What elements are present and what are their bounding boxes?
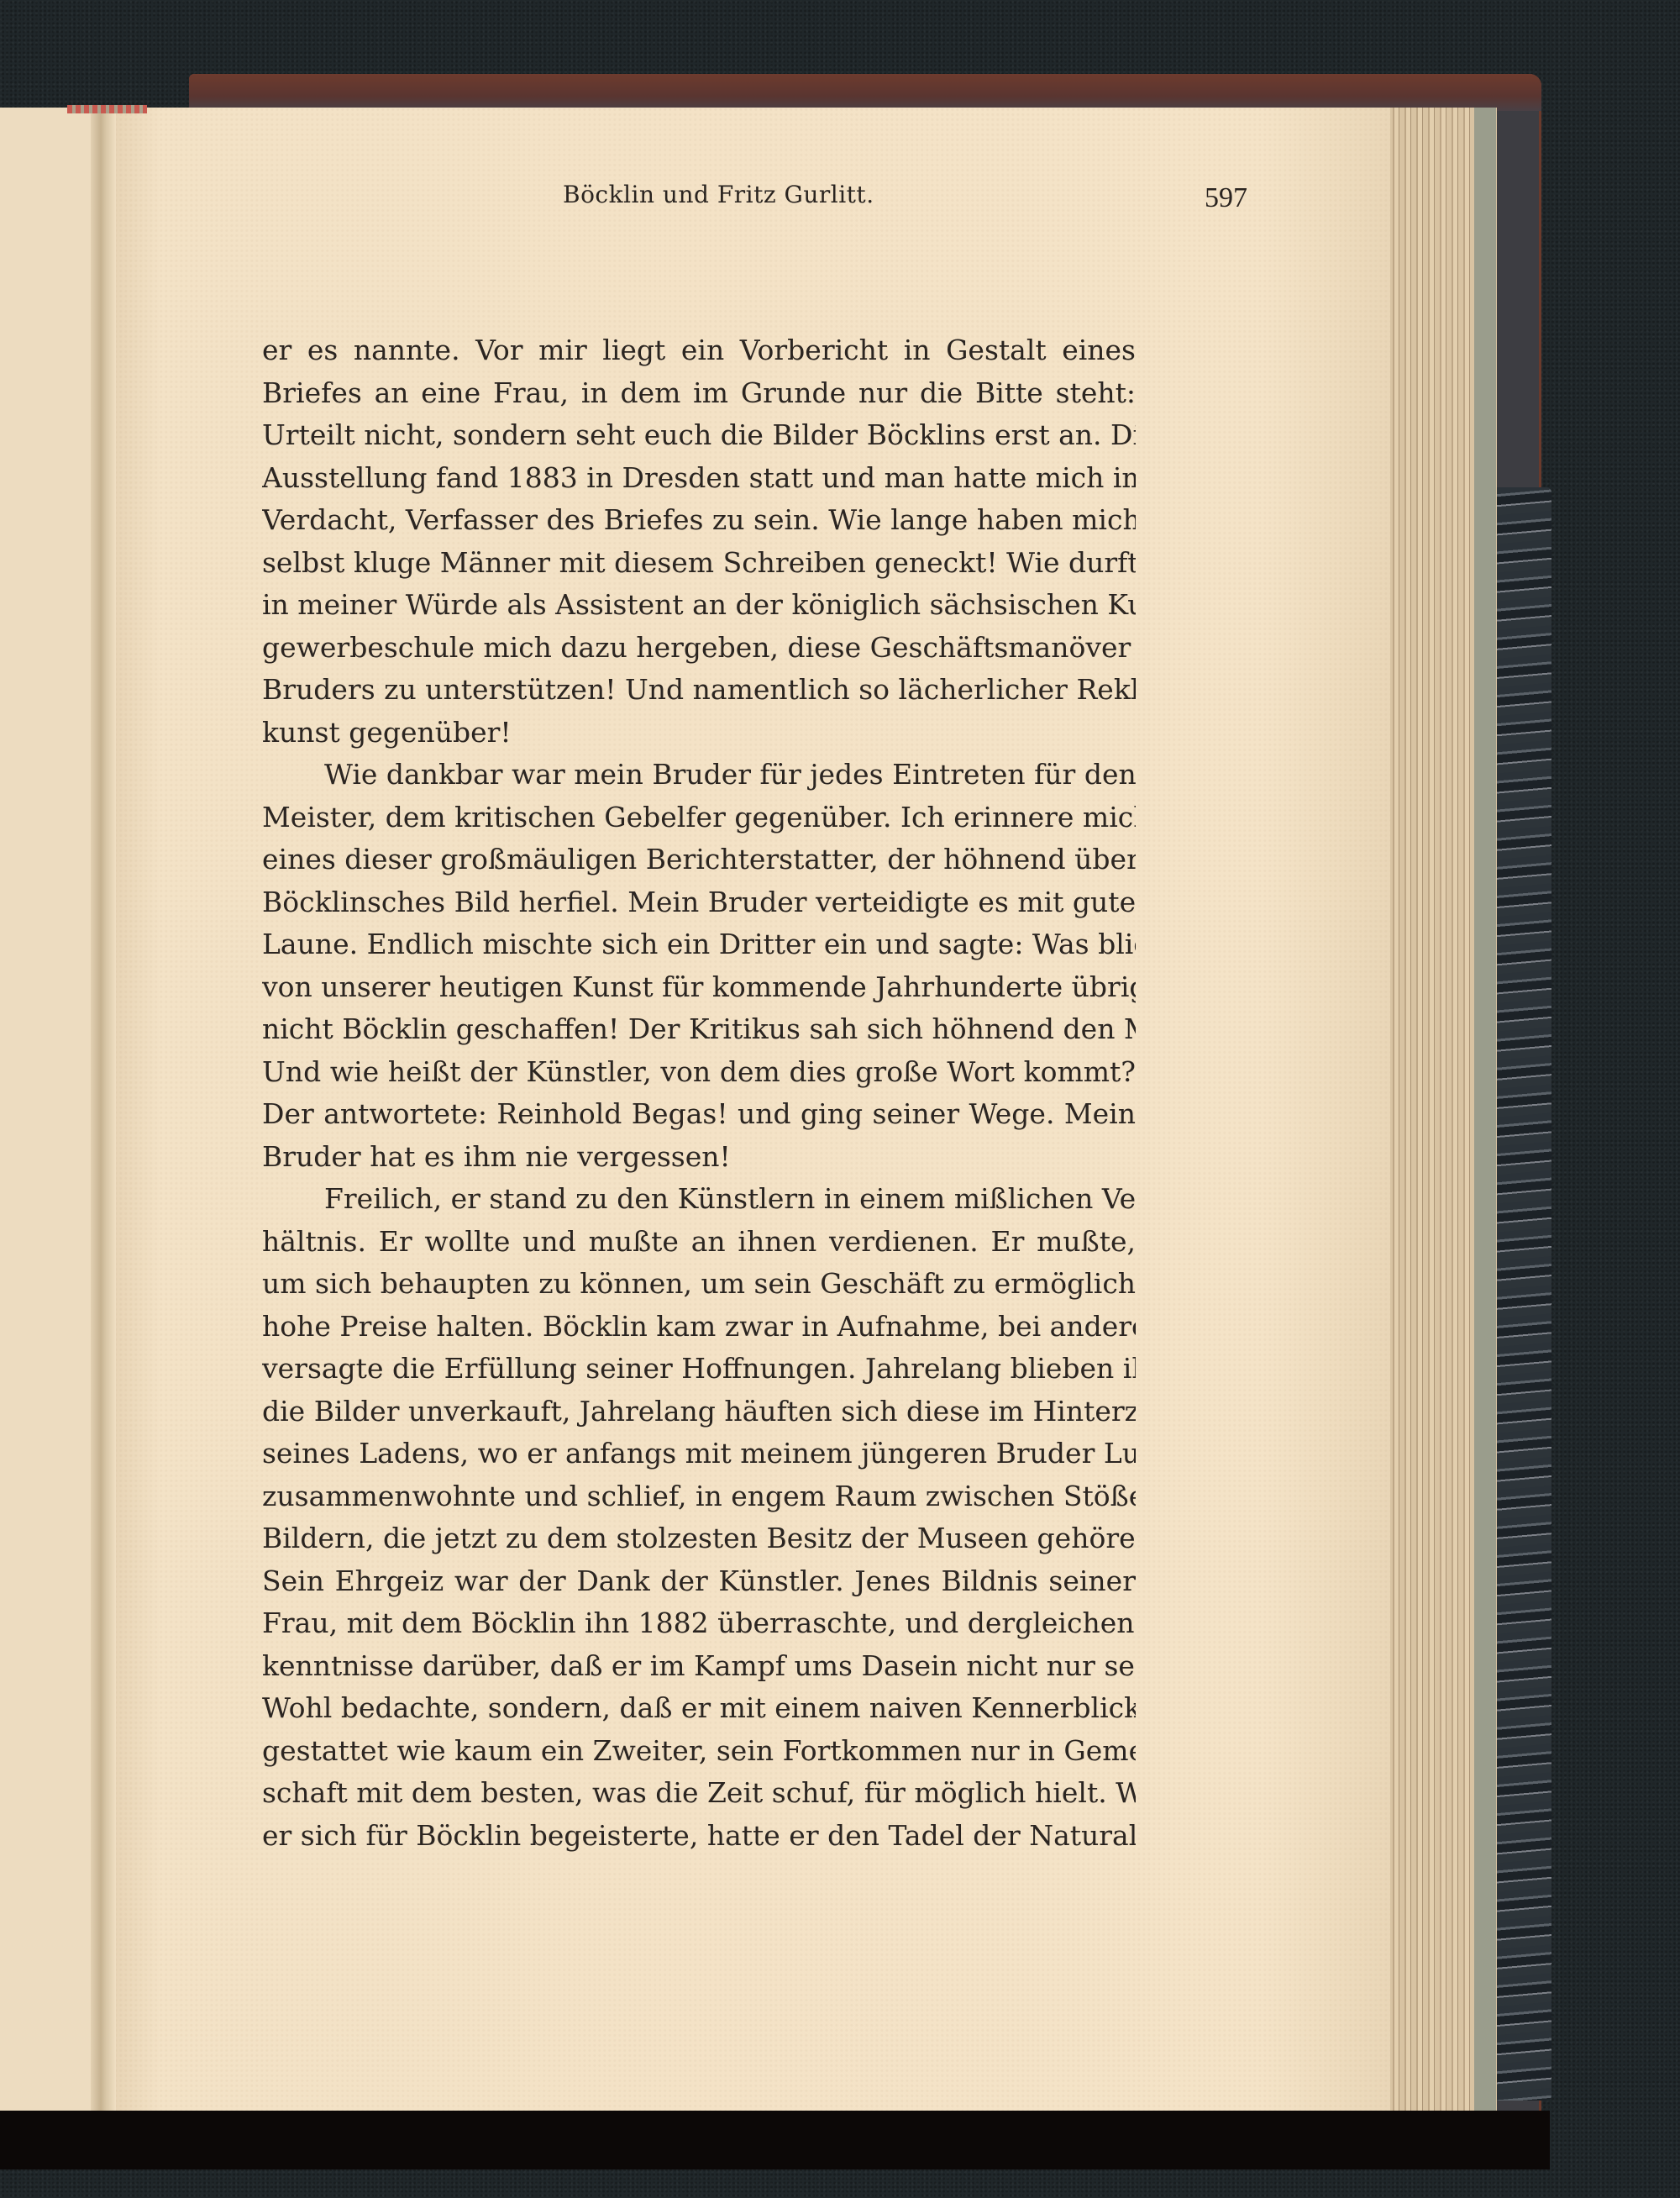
running-title: Böcklin und Fritz Gurlitt. [563,181,874,208]
text-line: Bruder hat es ihm nie vergessen! [262,1136,1136,1179]
text-line: versagte die Erfüllung seiner Hoffnungen… [262,1348,1136,1391]
text-line: Wohl bedachte, sondern, daß er mit einem… [262,1687,1136,1730]
text-line: in meiner Würde als Assistent an der kön… [262,584,1136,627]
text-line: die Bilder unverkauft, Jahrelang häuften… [262,1391,1136,1433]
text-line: zusammenwohnte und schlief, in engem Rau… [262,1475,1136,1518]
text-line: Böcklinsches Bild herfiel. Mein Bruder v… [262,881,1136,924]
text-line: kenntnisse darüber, daß er im Kampf ums … [262,1645,1136,1688]
text-line: Verdacht, Verfasser des Briefes zu sein.… [262,499,1136,542]
text-line: Wie dankbar war mein Bruder für jedes Ei… [262,754,1136,797]
text-line: nicht Böcklin geschaffen! Der Kritikus s… [262,1008,1136,1051]
text-line: schaft mit dem besten, was die Zeit schu… [262,1772,1136,1815]
text-line: Laune. Endlich mischte sich ein Dritter … [262,923,1136,966]
endpaper-edge [1474,108,1496,2114]
book-gutter [91,108,116,2111]
headband [67,105,147,113]
text-line: er sich für Böcklin begeisterte, hatte e… [262,1815,1136,1858]
cover-leather-edge [189,74,1541,111]
text-line: eines dieser großmäuligen Berichterstatt… [262,839,1136,881]
text-line: hohe Preise halten. Böcklin kam zwar in … [262,1306,1136,1349]
text-line: Meister, dem kritischen Gebelfer gegenüb… [262,797,1136,839]
running-head: Böcklin und Fritz Gurlitt. 597 [449,172,1247,223]
text-line: Bildern, die jetzt zu dem stolzesten Bes… [262,1517,1136,1560]
text-line: Sein Ehrgeiz war der Dank der Künstler. … [262,1560,1136,1603]
text-line: er es nannte. Vor mir liegt ein Vorberic… [262,329,1136,372]
text-line: Ausstellung fand 1883 in Dresden statt u… [262,457,1136,500]
text-line: hältnis. Er wollte und mußte an ihnen ve… [262,1221,1136,1264]
text-line: seines Ladens, wo er anfangs mit meinem … [262,1433,1136,1475]
text-line: selbst kluge Männer mit diesem Schreiben… [262,542,1136,585]
text-line: Freilich, er stand zu den Künstlern in e… [262,1178,1136,1221]
text-line: gestattet wie kaum ein Zweiter, sein For… [262,1730,1136,1773]
text-line: Und wie heißt der Künstler, von dem dies… [262,1051,1136,1094]
text-line: Der antwortete: Reinhold Begas! und ging… [262,1093,1136,1136]
text-line: Bruders zu unterstützen! Und namentlich … [262,669,1136,712]
text-line: Frau, mit dem Böcklin ihn 1882 überrasch… [262,1602,1136,1645]
body-text: er es nannte. Vor mir liegt ein Vorberic… [262,329,1136,1857]
text-line: gewerbeschule mich dazu hergeben, diese … [262,627,1136,670]
text-line: Briefes an eine Frau, in dem im Grunde n… [262,372,1136,415]
text-line: von unserer heutigen Kunst für kommende … [262,966,1136,1009]
text-line: um sich behaupten zu können, um sein Ges… [262,1263,1136,1306]
bottom-shadow [0,2111,1550,2169]
text-line: kunst gegenüber! [262,712,1136,755]
page-number: 597 [1205,182,1247,214]
text-line: Urteilt nicht, sondern seht euch die Bil… [262,414,1136,457]
